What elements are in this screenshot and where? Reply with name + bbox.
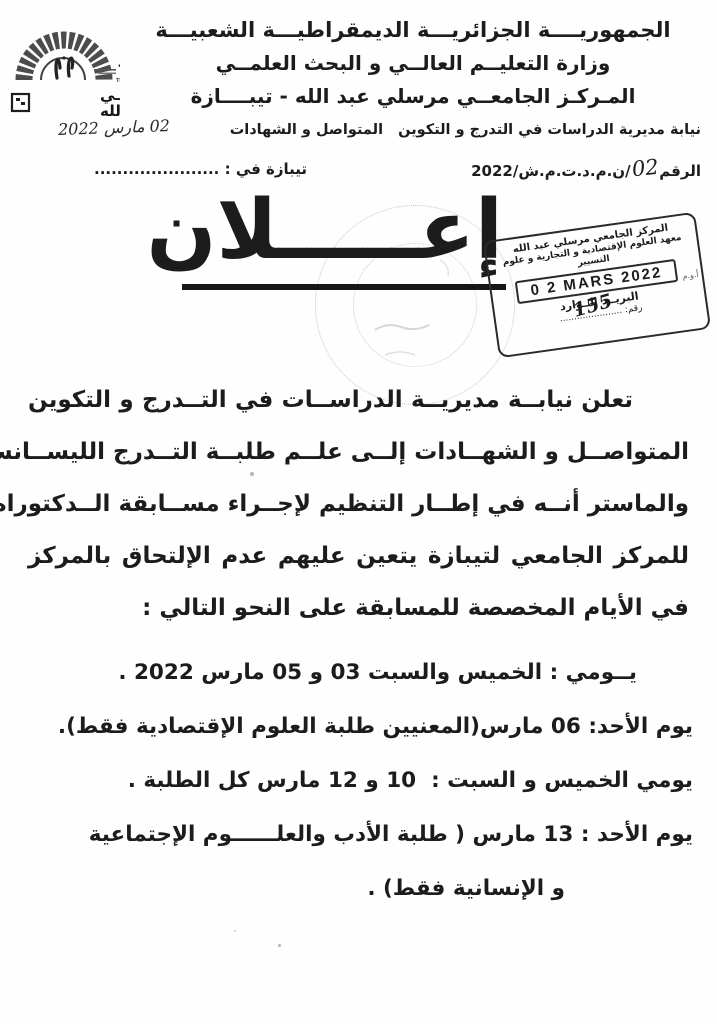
place-label: تيبازة في : [225,160,307,178]
university-arch-logo-icon: المركز الجامعي TIPAZA مرسلـي عبد الله [8,6,120,124]
schedule-line: يومي الخميس و السبت : 10 و 12 مارس كل ال… [20,754,693,808]
handwritten-reference-number: 02 [630,155,659,182]
scan-speck [278,944,281,947]
schedule-line: و الإنسانية فقط) . [20,862,693,916]
reference-suffix: /ن.م.د.ت.م.ش/2022 [471,162,630,180]
exam-schedule: يــومي : الخميس والسبت 03 و 05 مارس 2022… [20,646,693,916]
schedule-line: يوم الأحد : 13 مارس ( طلبة الأدب والعلــ… [20,808,693,862]
announcement-title: إعـــــلان [146,188,503,274]
scan-speck [234,930,236,932]
university-logo: المركز الجامعي TIPAZA مرسلـي عبد الله [8,6,120,124]
ministry-title: وزارة التعليــم العالــي و البحث العلمــ… [133,47,693,80]
title-underline [182,284,506,290]
document-header: الجمهوريــــة الجزائريـــة الديمقراطيـــ… [133,14,693,113]
reference-number-line: الرقم02/ن.م.د.ت.م.ش/2022 [471,157,701,181]
reference-label: الرقم [659,162,701,180]
body-line: في الأيام المخصصة للمسابقة على النحو الت… [28,582,689,634]
handwritten-date: 02 مارس 2022 [58,116,171,139]
logo-city-text: TIPAZA [116,78,120,84]
schedule-line: يوم الأحد: 06 مارس(المعنيين طلبة العلوم … [20,700,693,754]
registry-stamp: المركز الجامعي مرسلي عبد الله معهد العلو… [483,212,711,359]
scan-speck [250,472,254,476]
stamp-handwritten-number: 155 [573,295,614,316]
date-dotted-blank: ...................... [94,160,219,178]
body-line: تعلن نيابــة مديريــة الدراســات في التـ… [28,374,689,426]
body-line: للمركز الجامعي لتيبازة يتعين عليهم عدم ا… [28,530,689,582]
scanned-announcement-document: { "doc": { "logo": { "org": "المركز الجا… [0,0,717,1024]
department-line: نيابة مديرية الدراسات في التدرج و التكوي… [230,122,701,138]
body-line: والماستر أنــه في إطــار التنظيم لإجــرا… [28,478,689,530]
body-line: المتواصــل و الشهــادات إلــى علــم طلبـ… [28,426,689,478]
place-date-line: تيبازة في : ...................... [94,160,307,178]
schedule-line: يــومي : الخميس والسبت 03 و 05 مارس 2022… [20,646,693,700]
center-title: المـركـز الجامعــي مرسلي عبد الله - تيبـ… [133,80,693,113]
republic-title: الجمهوريــــة الجزائريـــة الديمقراطيـــ… [133,14,693,47]
announcement-body: تعلن نيابــة مديريــة الدراســات في التـ… [28,374,689,634]
logo-org-text: المركز الجامعي [118,59,120,69]
stamp-side-mark: أ.و.م [682,270,699,281]
